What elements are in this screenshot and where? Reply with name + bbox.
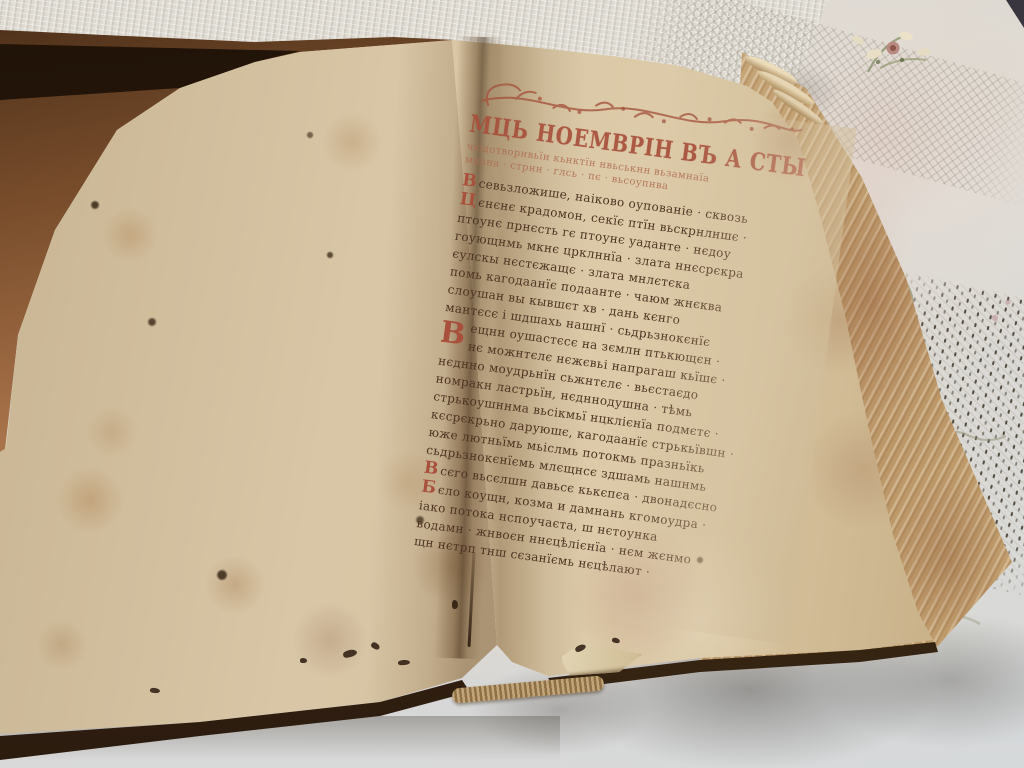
- wormhole-mark: [300, 658, 307, 663]
- drop-initial: Б: [420, 476, 437, 498]
- photo-stage: МЦЬ НОЕМВРІН ВЪ А СТЫ чюдотворнвьїн кьнк…: [0, 0, 1024, 768]
- drop-initial: В: [438, 317, 468, 352]
- wormhole-mark: [452, 600, 458, 609]
- manuscript-text-block: МЦЬ НОЕМВРІН ВЪ А СТЫ чюдотворнвьїн кьнк…: [407, 78, 856, 644]
- manuscript-body: Всевьзложише, наіково оупованіе · сквозь…: [413, 171, 844, 600]
- wormhole-mark: [150, 688, 160, 694]
- drop-initial: Ц: [459, 189, 478, 211]
